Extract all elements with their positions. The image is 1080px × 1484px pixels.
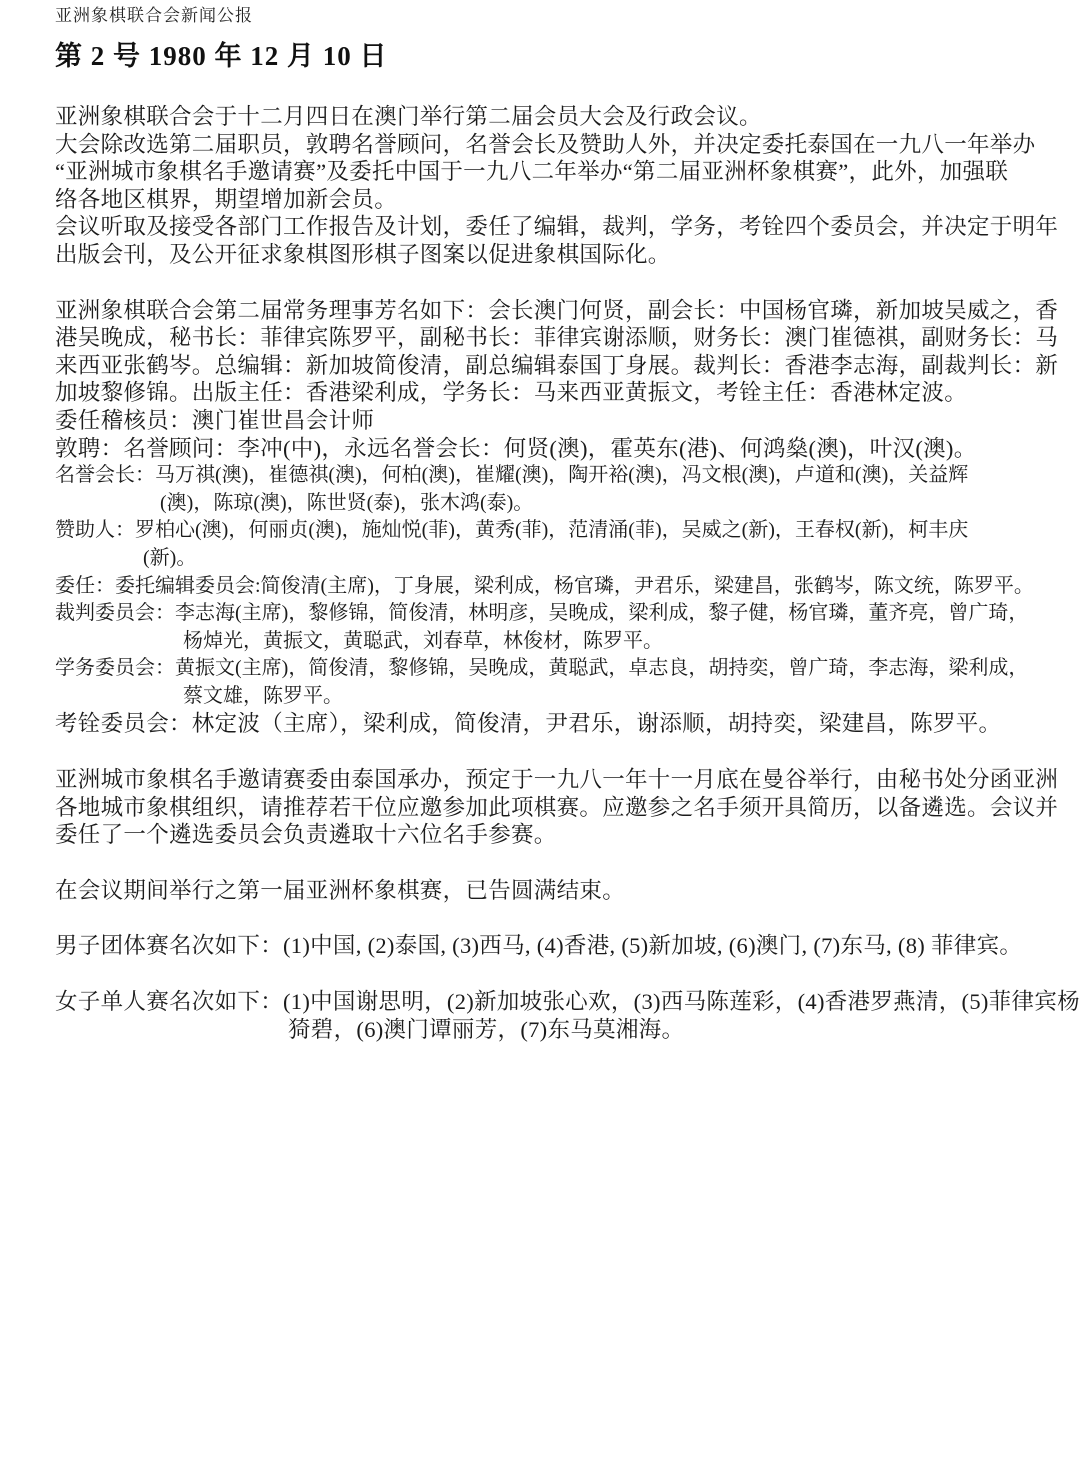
text-line: 杨焯光，黄振文，黄聪武，刘春草，林俊材，陈罗平。 [55,628,1060,656]
text-line: 男子团体赛名次如下：(1)中国, (2)泰国, (3)西马, (4)香港, (5… [55,932,1060,960]
paragraph: 亚洲象棋联合会于十二月四日在澳门举行第二届会员大会及行政会议。大会除改选第二届职… [55,103,1060,269]
text-line: (澳)，陈琼(澳)，陈世贤(泰)，张木鸿(泰)。 [55,490,1060,518]
text-line: 港吴晚成，秘书长：菲律宾陈罗平，副秘书长：菲律宾谢添顺，财务长：澳门崔德祺，副财… [55,324,1060,352]
text-line: 委任：委托编辑委员会:简俊清(主席)，丁身展，梁利成，杨官璘，尹君乐，梁建昌，张… [55,573,1060,601]
text-line: 委任稽核员：澳门崔世昌会计师 [55,407,1060,435]
paragraph: 亚洲城市象棋名手邀请赛委由泰国承办，预定于一九八一年十一月底在曼谷举行，由秘书处… [55,766,1060,849]
text-line: 敦聘：名誉顾问：李冲(中)，永远名誉会长：何贤(澳)，霍英东(港)、何鸿燊(澳)… [55,435,1060,463]
paragraph: 亚洲象棋联合会第二届常务理事芳名如下：会长澳门何贤，副会长：中国杨官璘，新加坡吴… [55,297,1060,739]
text-line: 亚洲象棋联合会第二届常务理事芳名如下：会长澳门何贤，副会长：中国杨官璘，新加坡吴… [55,297,1060,325]
text-line: 委任了一个遴选委员会负责遴取十六位名手参赛。 [55,821,1060,849]
page-title: 第 2 号 1980 年 12 月 10 日 [55,39,1080,73]
text-line: 亚洲城市象棋名手邀请赛委由泰国承办，预定于一九八一年十一月底在曼谷举行，由秘书处… [55,766,1060,794]
text-line: 女子单人赛名次如下：(1)中国谢思明，(2)新加坡张心欢，(3)西马陈莲彩，(4… [55,988,1060,1016]
text-line: 蔡文雄，陈罗平。 [55,683,1060,711]
text-line: 裁判委员会：李志海(主席)，黎修锦，简俊清，林明彦，吴晚成，梁利成，黎子健，杨官… [55,600,1060,628]
paragraph: 在会议期间举行之第一届亚洲杯象棋赛，已告圆满结束。 [55,877,1060,905]
document-page: 亚洲象棋联合会新闻公报 第 2 号 1980 年 12 月 10 日 亚洲象棋联… [0,0,1080,1484]
text-line: 猗碧，(6)澳门谭丽芳，(7)东马莫湘海。 [55,1016,1060,1044]
masthead: 亚洲象棋联合会新闻公报 [55,6,1080,26]
text-line: 在会议期间举行之第一届亚洲杯象棋赛，已告圆满结束。 [55,877,1060,905]
text-line: 各地城市象棋组织，请推荐若干位应邀参加此项棋赛。应邀参之名手须开具简历，以备遴选… [55,794,1060,822]
text-line: 名誉会长：马万祺(澳)，崔德祺(澳)，何柏(澳)，崔耀(澳)，陶开裕(澳)，冯文… [55,462,1060,490]
document-body: 亚洲象棋联合会于十二月四日在澳门举行第二届会员大会及行政会议。大会除改选第二届职… [55,103,1060,1043]
text-line: 加坡黎修锦。出版主任：香港梁利成，学务长：马来西亚黄振文，考铨主任：香港林定波。 [55,379,1060,407]
text-line: 赞助人：罗柏心(澳)，何丽贞(澳)，施灿悦(菲)，黄秀(菲)，范清涌(菲)，吴威… [55,517,1060,545]
text-line: 学务委员会：黄振文(主席)，简俊清，黎修锦，吴晚成，黄聪武，卓志良，胡持奕，曾广… [55,655,1060,683]
text-line: 亚洲象棋联合会于十二月四日在澳门举行第二届会员大会及行政会议。 [55,103,1060,131]
paragraph: 女子单人赛名次如下：(1)中国谢思明，(2)新加坡张心欢，(3)西马陈莲彩，(4… [55,988,1060,1043]
text-line: 络各地区棋界，期望增加新会员。 [55,186,1060,214]
paragraph: 男子团体赛名次如下：(1)中国, (2)泰国, (3)西马, (4)香港, (5… [55,932,1060,960]
text-line: 会议听取及接受各部门工作报告及计划，委任了编辑，裁判，学务，考铨四个委员会，并决… [55,213,1060,241]
text-line: 考铨委员会：林定波（主席），梁利成，简俊清，尹君乐，谢添顺，胡持奕，梁建昌，陈罗… [55,710,1060,738]
text-line: 大会除改选第二届职员，敦聘名誉顾问，名誉会长及赞助人外，并决定委托泰国在一九八一… [55,131,1060,159]
text-line: 出版会刊，及公开征求象棋图形棋子图案以促进象棋国际化。 [55,241,1060,269]
text-line: “亚洲城市象棋名手邀请赛”及委托中国于一九八二年举办“第二届亚洲杯象棋赛”，此外… [55,158,1060,186]
text-line: 来西亚张鹤岑。总编辑：新加坡简俊清，副总编辑泰国丁身展。裁判长：香港李志海，副裁… [55,352,1060,380]
text-line: (新)。 [55,545,1060,573]
